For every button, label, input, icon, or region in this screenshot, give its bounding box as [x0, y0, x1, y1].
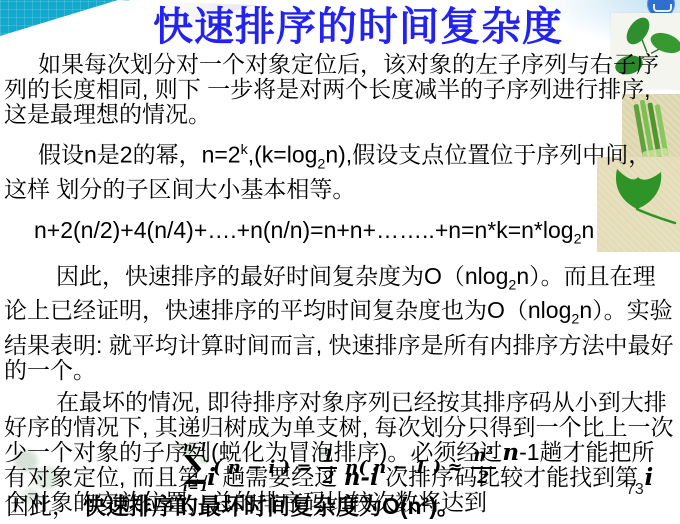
sigma-icon: ∑	[184, 453, 208, 481]
fraction-numerator: 1	[319, 448, 337, 469]
superscript-2: 2	[486, 446, 493, 457]
subscript-2: 2	[574, 232, 582, 248]
text-run: 因此，快速排序的最好时间复杂度为O（nlog	[56, 263, 508, 289]
page-number: 73	[626, 481, 644, 499]
text-run: 假设n是2的幂，n=2	[38, 142, 241, 168]
fraction-denominator: 2	[477, 469, 489, 487]
text-run: 因此，	[6, 493, 75, 519]
sum-comparison-formula: n-1 ∑ i=1 ( n − i ) = 1 2 n( n − 1 ) ≈ n…	[183, 441, 500, 493]
slide-title: 快速排序的时间复杂度	[36, 4, 680, 50]
paragraph-ideal-case: 如果每次划分对一个对象定位后，该对象的左子序列与右子序列的长度相同, 则下 一步…	[4, 52, 676, 127]
conclusion-bold-text: 快速排序的最坏时间复杂度为O(n²)。	[83, 493, 460, 519]
formula-expression: n( n − 1 ) ≈	[345, 457, 462, 478]
text-run: n+2(n/2)+4(n/4)+….+n(n/n)=n+n+……..+n=n*k…	[34, 217, 574, 243]
fraction-n-squared-half: n2 2	[471, 447, 496, 487]
paragraph-best-average-case: 因此，快速排序的最好时间复杂度为O（nlog2n）。而且在理论上已经证明，快速排…	[4, 264, 676, 383]
sigma-with-limits: n-1 ∑ i=1	[183, 441, 209, 493]
math-var-n: n	[502, 439, 519, 466]
conclusion-line: 因此，快速排序的最坏时间复杂度为O(n²)。	[6, 494, 460, 519]
text-run: ,(k=log	[248, 142, 318, 168]
expansion-formula-line: n+2(n/2)+4(n/4)+….+n(n/n)=n+n+……..+n=n*k…	[4, 218, 676, 253]
text-run: n	[582, 217, 595, 243]
paragraph-assumption: 假设n是2的幂，n=2k,(k=log2n),假设支点位置位于序列中间， 这样 …	[4, 138, 676, 202]
sigma-lower-limit: i=1	[183, 481, 209, 493]
math-var-i: i	[645, 464, 654, 491]
fraction-denominator: 2	[322, 469, 334, 487]
slide-canvas: 快速排序的时间复杂度 如果每次划分对一个对象定位后，该对象的左子序列与右子序列的…	[0, 0, 680, 524]
formula-expression: ( n − i ) =	[213, 457, 311, 478]
math-var-n: n	[474, 446, 486, 466]
fraction-one-half: 1 2	[319, 448, 337, 487]
superscript-k: k	[241, 142, 248, 158]
fraction-numerator: n2	[471, 447, 496, 469]
